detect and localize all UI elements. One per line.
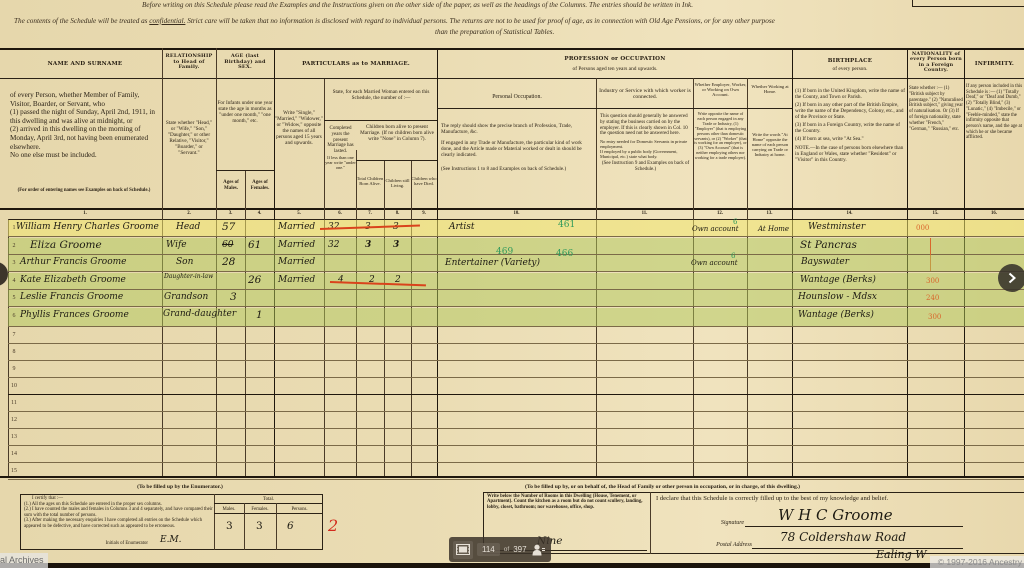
initials-value: E.M. [160,535,182,545]
header-marriage-write: Write "Single," "Married," "Widower," or… [275,110,323,146]
header-occupation-title: PROFESSION or OCCUPATION [438,56,792,62]
certify-text: I certify that :— (1.) All the ages on t… [24,496,214,530]
age-female: 1 [256,309,263,321]
page-of-label: of [504,546,509,553]
table-bottom-border [0,476,1024,478]
occupation-code-2: 466 [556,249,573,259]
birthplace: Wantage (Berks) [800,275,876,285]
header-still-living: Children still Living. [384,178,411,189]
marital-status: Married [278,275,315,285]
birthplace: Hounslow - Mdsx [798,292,877,302]
header-industry: Industry or Service with which worker is… [597,88,693,101]
at-home: At Home [758,225,789,233]
person-name: William Henry Charles Groome [16,222,159,232]
initials-label: Initials of Enumerator [88,541,148,547]
address-line-2: Ealing W [876,548,927,561]
table-row[interactable]: 4 Kate Elizabeth Groome Daughter-in-law … [8,273,1024,290]
relationship: Daughter-in-law [164,273,213,280]
colnum-14: 14. [792,211,907,216]
header-children-born: Children born alive to present Marriage.… [357,124,437,142]
person-name: Eliza Groome [30,239,102,251]
table-row[interactable]: 1 William Henry Charles Groome Head 57 M… [8,220,1024,237]
colnum-13: 13. [747,211,792,216]
row-number: 10 [8,383,20,389]
table-row[interactable]: 2 Eliza Groome Wife 60 61 Married 32 3 3… [8,238,1024,255]
marriage-years: 32 [328,240,339,250]
colnum-12: 12. [693,211,747,216]
children-living: 3 [393,222,399,232]
person-name: Leslie Francis Groome [20,292,123,302]
colnum-5: 5. [274,211,324,216]
person-index-button[interactable] [531,541,547,559]
census-schedule-page: Before writing on this Schedule please r… [0,0,1024,568]
row-number: 3 [8,260,20,266]
header-employer-body: Write opposite the name of each person e… [694,112,747,161]
red-annotation: 2 [328,516,338,535]
occupation: Artist [449,222,475,232]
persons-label: Persons. [276,507,323,513]
head-heading: (To be filled up by, or on behalf of, th… [525,484,955,490]
header-personal-occupation: Personal Occupation. [438,94,596,100]
instruction-line-3: than the preparation of Statistical Tabl… [435,28,554,36]
birthplace: St Pancras [800,239,857,251]
colnum-10: 10. [437,211,596,216]
header-divider [0,78,1024,79]
employer-status: Own account [692,225,739,233]
relationship: Grand-daughter [163,309,236,319]
row-number: 7 [8,332,20,338]
table-row[interactable]: 5 Leslie Francis Groome Grandson 3 Houns… [8,290,1024,307]
colnum-1: 1. [8,211,162,216]
colnum-7: 7. [356,211,384,216]
instruction-line-2: The contents of the Schedule will be tre… [14,17,775,25]
rooms-divider [650,492,651,554]
birthplace: Westminster [808,222,865,232]
header-at-home-body: Write the words "At Home" opposite the n… [748,132,792,157]
employer-code: 6 [731,252,735,260]
occupation: Entertainer (Variety) [445,258,540,268]
page-total: 397 [513,545,526,554]
header-nationality-title: NATIONALITY of every Person born in a Fo… [908,52,964,74]
row-number: 8 [8,349,20,355]
header-age-females: Ages of Females. [246,180,274,191]
females-total: 3 [256,520,263,532]
marital-status: Married [278,257,315,267]
birthplace: Bayswater [801,257,849,267]
page-bottom-edge [0,563,1024,568]
rooms-instructions: Write below the Number of Rooms in this … [487,494,647,510]
signature-line [745,526,963,527]
table-row-empty[interactable]: 15 [8,463,1024,480]
declaration-text: I declare that this Schedule is correctl… [656,496,956,502]
address-line-1: 78 Coldershaw Road [780,530,906,544]
males-total: 3 [226,520,233,532]
copyright-watermark: © 1997-2016 Ancestry [930,556,1024,568]
header-nationality-body: State whether :— (1) "British subject by… [909,86,963,132]
person-name: Kate Elizabeth Groome [20,275,126,285]
address-label: Postal Address [688,542,752,548]
header-age-body: For Infants under one year state the age… [217,100,273,124]
row-number: 15 [8,468,20,474]
image-viewer-toolbar: 114 of 397 [449,537,551,562]
relationship: Son [176,257,193,267]
person-name: Arthur Francis Groome [20,257,126,267]
females-label: Females. [244,507,276,513]
colnum-3: 3. [216,211,245,216]
table-row-empty[interactable]: 7 [8,327,1024,344]
colnum-15: 15. [907,211,964,216]
marriage-subdivider-1 [324,120,437,121]
age-female: 26 [248,274,261,286]
row-number: 2 [8,243,20,249]
person-icon [532,544,545,556]
row-number: 11 [8,400,20,406]
header-age-males: Ages of Males. [217,180,245,191]
header-name-body: of every Person, whether Member of Famil… [8,91,160,160]
schedule-number-box [912,0,1024,7]
nationality-code: 240 [926,294,939,302]
birthplace: Wantage (Berks) [798,310,874,320]
row-number: 13 [8,434,20,440]
colnum-16: 16. [964,211,1024,216]
header-total-born: Total Children Born Alive. [356,176,384,187]
archive-watermark: al Archives [0,553,48,568]
header-name-note: (For order of entering names see Example… [8,188,160,194]
table-row-empty[interactable]: 12 [8,412,1024,429]
table-row-empty[interactable]: 14 [8,446,1024,463]
age-female: 61 [248,239,261,251]
table-top-border [0,48,1024,50]
header-personal-body: The reply should show the precise branch… [441,123,593,172]
total-line [214,503,323,504]
employer-code: 6 [733,218,737,226]
males-label: Males. [214,507,244,513]
header-industry-body: This question should generally be answer… [600,114,691,173]
occupation-subdivider [437,108,792,109]
header-name-title: NAME AND SURNAME [10,61,160,67]
relationship: Grandson [164,292,208,302]
filmstrip-button[interactable] [453,541,473,559]
total-subline [214,513,323,514]
header-completed-years: Completed years the present Marriage has… [325,126,356,170]
strike-through [330,281,426,286]
age-male: 3 [230,291,237,303]
header-birthplace-subtitle: of every person. [793,66,907,72]
signature-label: Signature [694,520,744,526]
header-birthplace-title: BIRTHPLACE [793,58,907,64]
row-number: 6 [8,313,20,319]
header-bottom-border [0,208,1024,210]
age-male: 57 [222,221,235,233]
table-row-empty[interactable]: 10 [8,378,1024,395]
relationship: Head [176,222,200,232]
marriage-title-divider [274,78,437,79]
colnum-6: 6. [324,211,356,216]
age-subdivider [216,170,274,171]
enumerator-heading: (To be filled up by the Enumerator.) [100,484,260,490]
marital-status: Married [278,240,315,250]
header-died: Children who have Died. [411,176,437,187]
header-married-woman: State, for each Married Woman entered on… [325,89,437,101]
header-occupation-subtitle: of Persons aged ten years and upwards. [438,66,792,72]
marriage-years: 4 [338,275,344,285]
table-row-empty[interactable]: 13 [8,429,1024,446]
header-at-home: Whether Working at Home. [748,84,792,94]
colnum-9: 9. [411,211,437,216]
table-row[interactable]: 6 Phyllis Frances Groome Grand-daughter … [8,308,1024,327]
marriage-subdivider-2 [356,160,437,161]
header-birthplace-body: (1) If born in the United Kingdom, write… [795,88,905,163]
marital-status: Married [278,222,315,232]
persons-total: 6 [287,520,294,532]
previous-tab[interactable] [0,262,8,286]
employer-status: Own account [691,259,738,267]
table-row-empty[interactable]: 9 [8,361,1024,378]
signature-value: W H C Groome [778,506,893,524]
table-row-empty[interactable]: 8 [8,344,1024,361]
header-relationship-title: RELATIONSHIP to Head of Family. [163,54,215,71]
page-number-input[interactable]: 114 [477,543,500,556]
row-number: 9 [8,366,20,372]
row-number: 12 [8,417,20,423]
person-name: Phyllis Frances Groome [20,310,129,320]
table-row[interactable]: 3 Arthur Francis Groome Son 28 Married E… [8,255,1024,272]
age-male-struck: 60 [222,240,233,250]
next-image-button[interactable] [998,264,1024,292]
colnum-8: 8. [384,211,411,216]
table-row-empty[interactable]: 11 [8,395,1024,412]
children-born: 3 [365,240,371,250]
header-relationship-body: State whether "Head," or "Wife," "Son," … [164,120,214,156]
filmstrip-icon [456,544,470,555]
colnum-2: 2. [162,211,216,216]
colnum-4: 4. [245,211,274,216]
row-number: 14 [8,451,20,457]
row-number: 4 [8,278,20,284]
children-living: 3 [393,240,399,250]
header-infirmity-body: If any person included in this Schedule … [966,84,1023,141]
header-infirmity-title: INFIRMITY. [965,61,1024,67]
address-line [752,548,963,549]
total-label: Total. [214,497,323,503]
colnum-11: 11. [596,211,693,216]
header-employer: Whether Employer, Worker, or Working on … [694,82,747,98]
header-marriage-title: PARTICULARS as to MARRIAGE. [275,61,437,67]
relationship: Wife [166,240,187,250]
nationality-code: 300 [926,277,939,285]
age-male: 28 [222,256,235,268]
nationality-code: 300 [928,313,941,321]
instruction-line-1: Before writing on this Schedule please r… [142,1,693,9]
header-age-title: AGE (last Birthday) and SEX. [217,54,273,71]
nationality-code: 000 [916,224,929,232]
occupation-code: 469 [496,247,513,257]
chevron-right-icon [1007,272,1017,284]
occupation-code: 461 [558,220,575,230]
row-number: 5 [8,295,20,301]
